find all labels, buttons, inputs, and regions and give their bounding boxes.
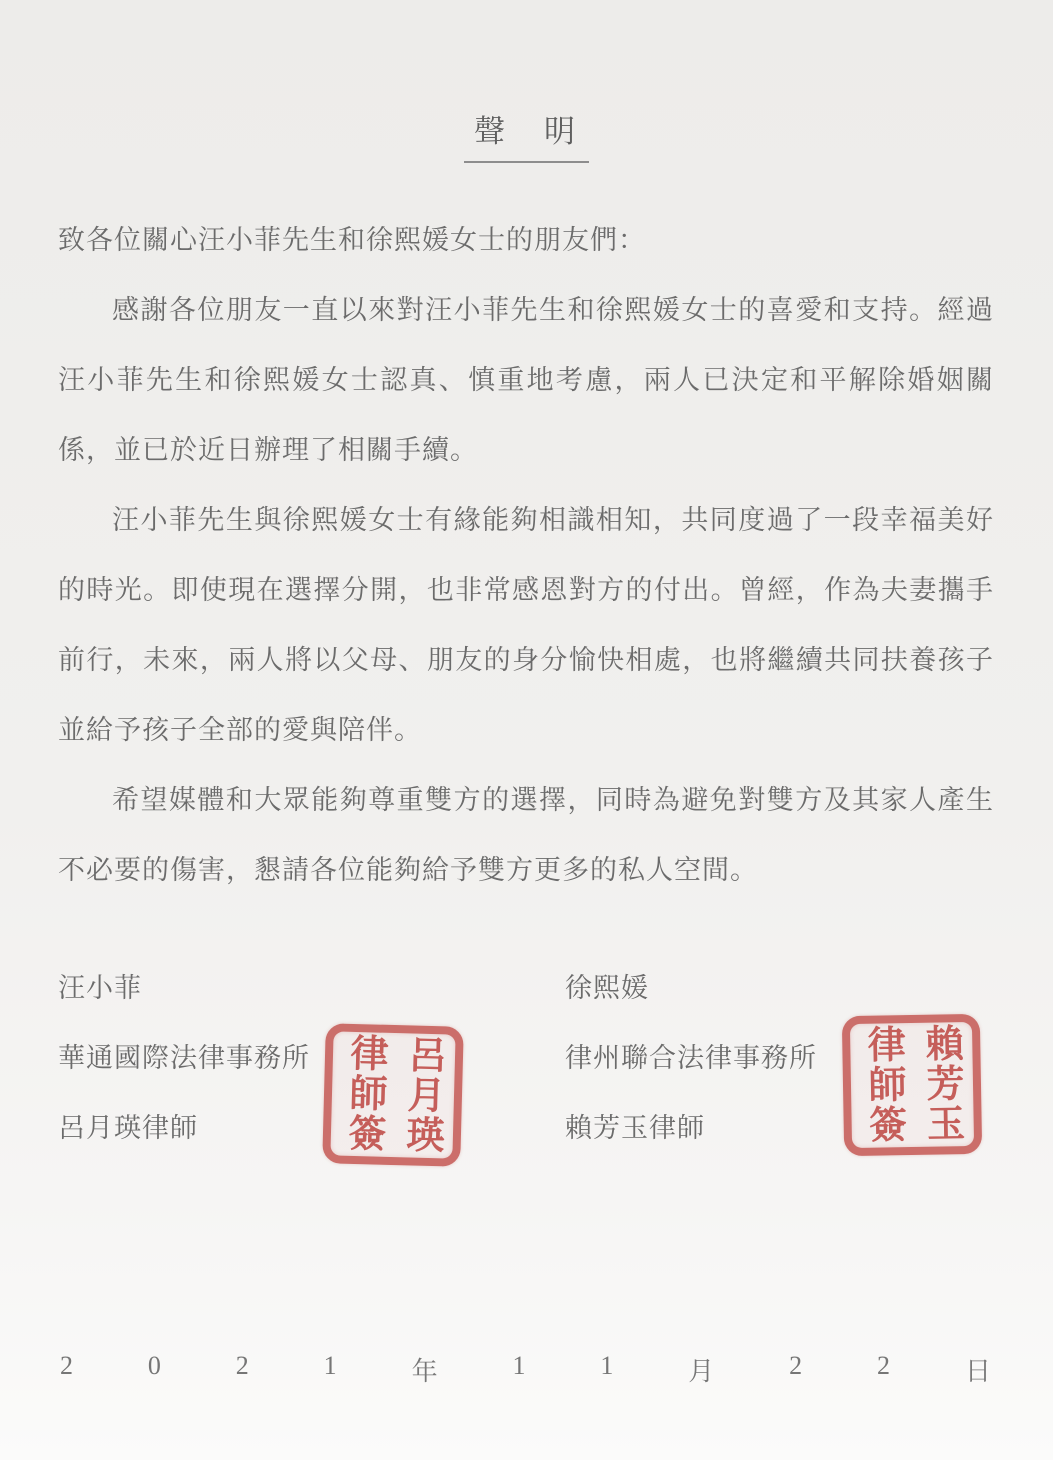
party-name-left: 汪小菲 bbox=[58, 953, 565, 1023]
paragraph-gratitude-divorce: 感謝各位朋友一直以來對汪小菲先生和徐熙媛女士的喜愛和支持。經過汪小菲先生和徐熙媛… bbox=[58, 275, 994, 485]
title-block: 聲 明 bbox=[0, 106, 1053, 163]
document-body: 致各位關心汪小菲先生和徐熙媛女士的朋友們： 感謝各位朋友一直以來對汪小菲先生和徐… bbox=[58, 205, 994, 905]
party-name-right: 徐熙媛 bbox=[565, 953, 994, 1023]
signature-block-wang-xiaofei: 汪小菲 華通國際法律事務所 呂月瑛律師 呂月瑛律師簽 bbox=[58, 953, 565, 1163]
signature-section: 汪小菲 華通國際法律事務所 呂月瑛律師 呂月瑛律師簽 徐熙媛 律州聯合法律事務所… bbox=[58, 953, 994, 1163]
salutation-line: 致各位關心汪小菲先生和徐熙媛女士的朋友們： bbox=[58, 205, 994, 275]
date-char: 1 bbox=[600, 1351, 613, 1388]
date-char: 2 bbox=[60, 1351, 73, 1388]
date-char: 月 bbox=[688, 1351, 714, 1388]
paragraph-privacy-request: 希望媒體和大眾能夠尊重雙方的選擇，同時為避免對雙方及其家人產生不必要的傷害，懇請… bbox=[58, 765, 994, 905]
date-char: 0 bbox=[148, 1351, 161, 1388]
date-char: 2 bbox=[789, 1351, 802, 1388]
statement-document: 聲 明 致各位關心汪小菲先生和徐熙媛女士的朋友們： 感謝各位朋友一直以來對汪小菲… bbox=[0, 0, 1053, 1460]
date-char: 1 bbox=[324, 1351, 337, 1388]
date-char: 年 bbox=[412, 1351, 438, 1388]
law-firm-left: 華通國際法律事務所 bbox=[58, 1023, 565, 1093]
date-char: 日 bbox=[965, 1351, 991, 1388]
lawyer-name-left: 呂月瑛律師 bbox=[58, 1093, 565, 1163]
paragraph-relationship-children: 汪小菲先生與徐熙媛女士有緣能夠相識相知，共同度過了一段幸福美好的時光。即使現在選… bbox=[58, 485, 994, 765]
document-title: 聲 明 bbox=[464, 106, 589, 163]
date-char: 2 bbox=[877, 1351, 890, 1388]
date-char: 1 bbox=[512, 1351, 525, 1388]
signature-block-xu-xiyuan: 徐熙媛 律州聯合法律事務所 賴芳玉律師 賴芳玉律師簽 bbox=[565, 953, 994, 1163]
date-char: 2 bbox=[236, 1351, 249, 1388]
date-line: 2 0 2 1 年 1 1 月 2 2 日 bbox=[60, 1351, 991, 1388]
lawyer-seal-left: 呂月瑛律師簽 bbox=[322, 1023, 464, 1167]
lawyer-seal-left-text: 呂月瑛律師簽 bbox=[333, 1033, 452, 1158]
lawyer-seal-right-text: 賴芳玉律師簽 bbox=[853, 1023, 971, 1147]
lawyer-seal-right: 賴芳玉律師簽 bbox=[842, 1014, 982, 1156]
